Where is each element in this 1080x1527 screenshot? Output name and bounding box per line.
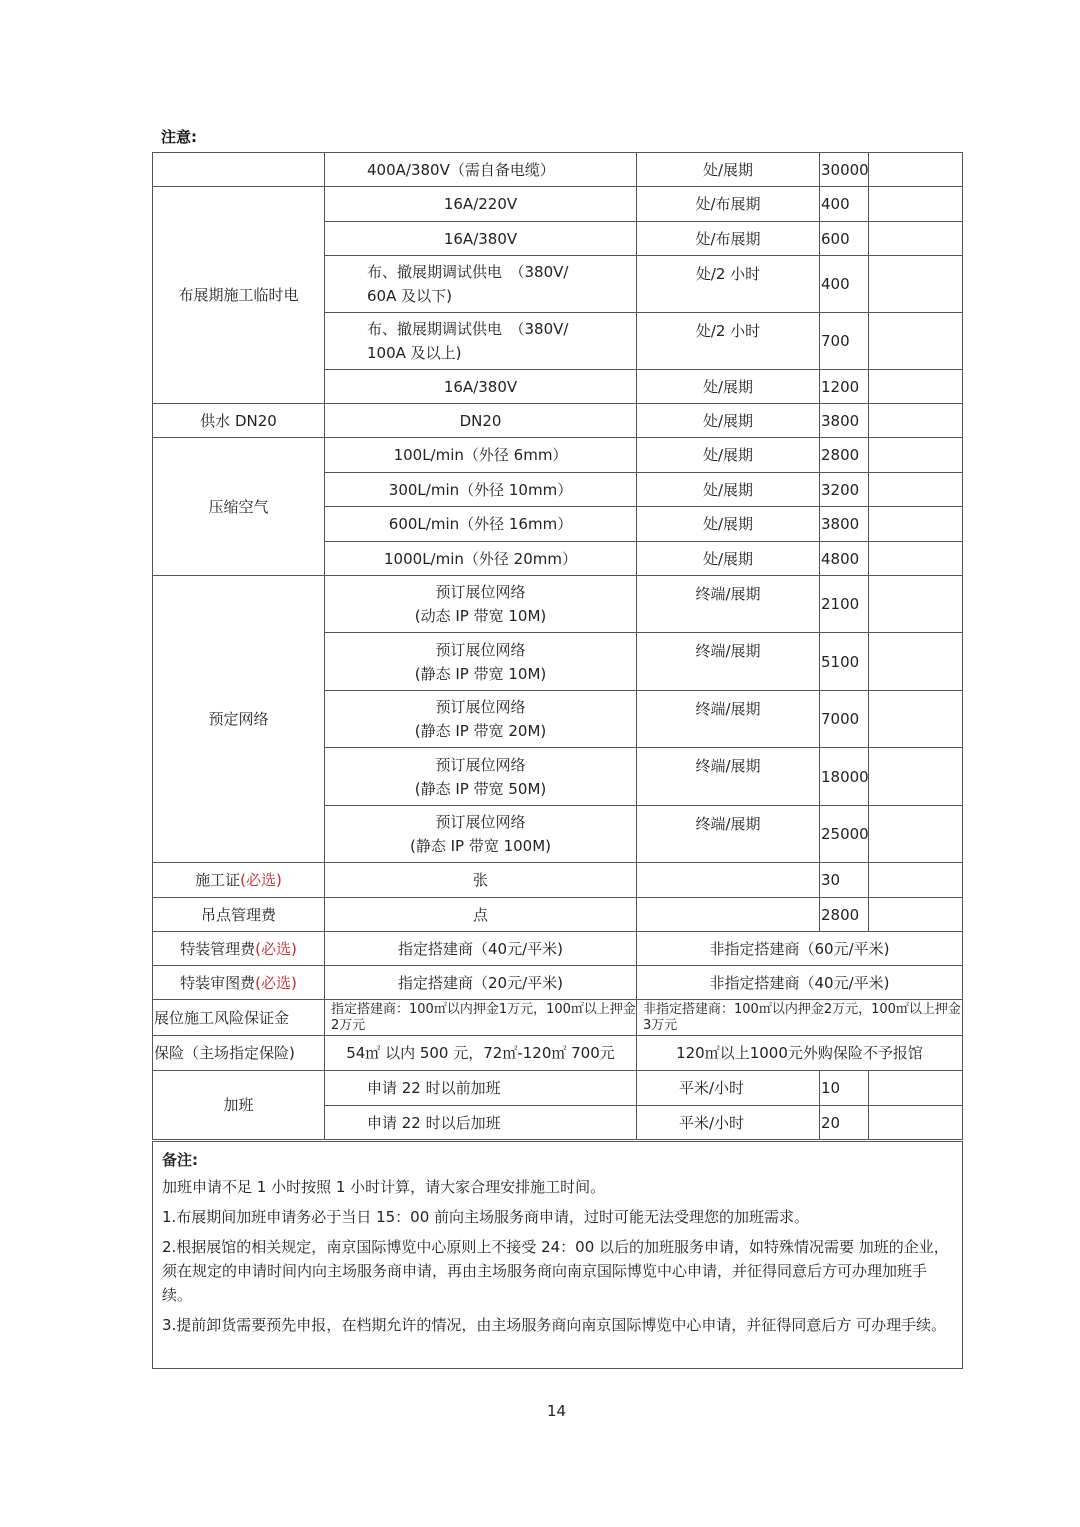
- price-cell: 3800: [820, 404, 869, 438]
- non-designated-cell: 非指定搭建商：100㎡以内押金2万元，100㎡以上押金3万元: [637, 1000, 963, 1036]
- note-line: 3.提前卸货需要预先申报，在档期允许的情况，由主场服务商向南京国际博览中心申请，…: [162, 1313, 953, 1337]
- category-cell: 供水 DN20: [153, 404, 325, 438]
- category-cell: 吊点管理费: [153, 898, 325, 932]
- notes-title: 备注:: [162, 1148, 953, 1172]
- notes-box: 备注: 加班申请不足 1 小时按照 1 小时计算，请大家合理安排施工时间。 1.…: [152, 1141, 963, 1369]
- non-designated-cell: 120㎡以上1000元外购保险不予报馆: [637, 1036, 963, 1071]
- price-cell: 400: [820, 256, 869, 313]
- non-designated-cell: 非指定搭建商（40元/平米): [637, 966, 963, 1000]
- note-cell: [869, 473, 963, 507]
- spec-line: (静态 IP 带宽 10M): [325, 662, 636, 686]
- note-cell: [869, 222, 963, 256]
- spec-line: 布、撤展期调试供电 （380V/: [367, 317, 636, 341]
- unit-cell: [637, 898, 820, 932]
- spec-cell: 布、撤展期调试供电 （380V/ 100A 及以上): [325, 313, 637, 370]
- note-cell: [869, 507, 963, 542]
- note-cell: [869, 576, 963, 633]
- note-cell: [869, 863, 963, 898]
- note-cell: [869, 542, 963, 576]
- category-label: 特装管理费: [180, 940, 255, 958]
- category-cell: 展位施工风险保证金: [153, 1000, 325, 1036]
- price-cell: 3200: [820, 473, 869, 507]
- spec-line: (动态 IP 带宽 10M): [325, 604, 636, 628]
- note-cell: [869, 187, 963, 222]
- category-cell: 施工证(必选): [153, 863, 325, 898]
- table-row: 压缩空气 100L/min（外径 6mm） 处/展期 2800: [153, 438, 963, 473]
- unit-cell: 终端/展期: [637, 633, 820, 691]
- unit-cell: 处/展期: [637, 542, 820, 576]
- category-cell: 压缩空气: [153, 438, 325, 576]
- note-cell: [869, 1106, 963, 1140]
- price-cell: 30000: [820, 153, 869, 187]
- category-label: 特装审图费: [180, 974, 255, 992]
- spec-cell: 400A/380V（需自备电缆）: [325, 153, 637, 187]
- note-line: 加班申请不足 1 小时按照 1 小时计算，请大家合理安排施工时间。: [162, 1175, 953, 1199]
- spec-cell: 申请 22 时以后加班: [325, 1106, 637, 1140]
- category-cell: [153, 153, 325, 187]
- table-row: 布展期施工临时电 16A/220V 处/布展期 400: [153, 187, 963, 222]
- spec-cell: 申请 22 时以前加班: [325, 1071, 637, 1106]
- note-cell: [869, 313, 963, 370]
- spec-line: 预订展位网络: [325, 810, 636, 834]
- spec-line: 预订展位网络: [325, 695, 636, 719]
- spec-line: 100A 及以上): [367, 341, 636, 365]
- non-designated-cell: 非指定搭建商（60元/平米): [637, 932, 963, 966]
- designated-cell: 指定搭建商：100㎡以内押金1万元，100㎡以上押金2万元: [325, 1000, 637, 1036]
- notice-title: 注意:: [161, 126, 197, 147]
- spec-cell: 点: [325, 898, 637, 932]
- price-cell: 2800: [820, 898, 869, 932]
- category-cell: 加班: [153, 1071, 325, 1140]
- spec-line: 预订展位网络: [325, 580, 636, 604]
- unit-cell: 处/展期: [637, 507, 820, 542]
- spec-line: (静态 IP 带宽 20M): [325, 719, 636, 743]
- price-cell: 18000: [820, 748, 869, 806]
- note-cell: [869, 898, 963, 932]
- unit-cell: 处/布展期: [637, 187, 820, 222]
- note-cell: [869, 256, 963, 313]
- unit-cell: 处/展期: [637, 370, 820, 404]
- spec-line: 预订展位网络: [325, 638, 636, 662]
- price-cell: 3800: [820, 507, 869, 542]
- spec-cell: 16A/380V: [325, 370, 637, 404]
- unit-cell: 处/布展期: [637, 222, 820, 256]
- note-cell: [869, 438, 963, 473]
- spec-cell: 张: [325, 863, 637, 898]
- note-line: 1.布展期间加班申请务必于当日 15：00 前向主场服务商申请，过时可能无法受理…: [162, 1205, 953, 1229]
- table-row: 预定网络 预订展位网络 (动态 IP 带宽 10M) 终端/展期 2100: [153, 576, 963, 633]
- spec-cell: 1000L/min（外径 20mm）: [325, 542, 637, 576]
- price-cell: 25000: [820, 806, 869, 863]
- category-cell: 布展期施工临时电: [153, 187, 325, 404]
- category-label: 施工证: [195, 871, 240, 889]
- required-tag: (必选): [255, 974, 297, 992]
- spec-cell: 16A/380V: [325, 222, 637, 256]
- unit-cell: 平米/小时: [637, 1071, 820, 1106]
- note-cell: [869, 806, 963, 863]
- spec-line: 60A 及以下): [367, 284, 636, 308]
- table-row: 施工证(必选) 张 30: [153, 863, 963, 898]
- designated-cell: 指定搭建商（20元/平米): [325, 966, 637, 1000]
- table-row: 加班 申请 22 时以前加班 平米/小时 10: [153, 1071, 963, 1106]
- unit-cell: 终端/展期: [637, 748, 820, 806]
- note-cell: [869, 748, 963, 806]
- price-cell: 7000: [820, 691, 869, 748]
- spec-cell: 预订展位网络 (静态 IP 带宽 20M): [325, 691, 637, 748]
- fee-table: 400A/380V（需自备电缆） 处/展期 30000 布展期施工临时电 16A…: [152, 152, 963, 1140]
- note-line: 2.根据展馆的相关规定，南京国际博览中心原则上不接受 24：00 以后的加班服务…: [162, 1235, 953, 1307]
- table-row: 吊点管理费 点 2800: [153, 898, 963, 932]
- spec-line: (静态 IP 带宽 50M): [325, 777, 636, 801]
- table-row: 特装管理费(必选) 指定搭建商（40元/平米) 非指定搭建商（60元/平米): [153, 932, 963, 966]
- unit-cell: 平米/小时: [637, 1106, 820, 1140]
- category-cell: 预定网络: [153, 576, 325, 863]
- price-cell: 2100: [820, 576, 869, 633]
- spec-cell: 预订展位网络 (静态 IP 带宽 100M): [325, 806, 637, 863]
- document-page: 注意: 400A/380V（需自备电缆） 处/展期 30000 布展期施工临时电…: [0, 0, 1080, 1527]
- designated-cell: 指定搭建商（40元/平米): [325, 932, 637, 966]
- unit-cell: 终端/展期: [637, 576, 820, 633]
- table-row: 400A/380V（需自备电缆） 处/展期 30000: [153, 153, 963, 187]
- price-cell: 700: [820, 313, 869, 370]
- note-cell: [869, 1071, 963, 1106]
- note-cell: [869, 153, 963, 187]
- price-cell: 1200: [820, 370, 869, 404]
- spec-line: 布、撤展期调试供电 （380V/: [367, 260, 636, 284]
- table-row: 保险（主场指定保险) 54㎡ 以内 500 元，72㎡-120㎡ 700元 12…: [153, 1036, 963, 1071]
- price-cell: 5100: [820, 633, 869, 691]
- spec-line: 预订展位网络: [325, 753, 636, 777]
- spec-cell: 预订展位网络 (静态 IP 带宽 10M): [325, 633, 637, 691]
- unit-cell: [637, 863, 820, 898]
- table-row: 供水 DN20 DN20 处/展期 3800: [153, 404, 963, 438]
- page-number: 14: [0, 1402, 1080, 1420]
- spec-cell: 16A/220V: [325, 187, 637, 222]
- note-cell: [869, 633, 963, 691]
- unit-cell: 处/展期: [637, 473, 820, 507]
- table-row: 展位施工风险保证金 指定搭建商：100㎡以内押金1万元，100㎡以上押金2万元 …: [153, 1000, 963, 1036]
- unit-cell: 终端/展期: [637, 691, 820, 748]
- category-cell: 特装管理费(必选): [153, 932, 325, 966]
- price-cell: 20: [820, 1106, 869, 1140]
- spec-line: (静态 IP 带宽 100M): [325, 834, 636, 858]
- unit-cell: 终端/展期: [637, 806, 820, 863]
- price-cell: 2800: [820, 438, 869, 473]
- table-row: 特装审图费(必选) 指定搭建商（20元/平米) 非指定搭建商（40元/平米): [153, 966, 963, 1000]
- price-cell: 30: [820, 863, 869, 898]
- unit-cell: 处/2 小时: [637, 313, 820, 370]
- designated-cell: 54㎡ 以内 500 元，72㎡-120㎡ 700元: [325, 1036, 637, 1071]
- price-cell: 4800: [820, 542, 869, 576]
- unit-cell: 处/展期: [637, 438, 820, 473]
- spec-cell: 预订展位网络 (静态 IP 带宽 50M): [325, 748, 637, 806]
- price-cell: 600: [820, 222, 869, 256]
- spec-cell: DN20: [325, 404, 637, 438]
- note-cell: [869, 691, 963, 748]
- required-tag: (必选): [240, 871, 282, 889]
- category-cell: 保险（主场指定保险): [153, 1036, 325, 1071]
- category-cell: 特装审图费(必选): [153, 966, 325, 1000]
- unit-cell: 处/展期: [637, 153, 820, 187]
- spec-cell: 100L/min（外径 6mm）: [325, 438, 637, 473]
- note-cell: [869, 370, 963, 404]
- price-cell: 400: [820, 187, 869, 222]
- unit-cell: 处/展期: [637, 404, 820, 438]
- spec-cell: 布、撤展期调试供电 （380V/ 60A 及以下): [325, 256, 637, 313]
- unit-cell: 处/2 小时: [637, 256, 820, 313]
- spec-cell: 预订展位网络 (动态 IP 带宽 10M): [325, 576, 637, 633]
- spec-cell: 600L/min（外径 16mm）: [325, 507, 637, 542]
- price-cell: 10: [820, 1071, 869, 1106]
- spec-cell: 300L/min（外径 10mm）: [325, 473, 637, 507]
- note-cell: [869, 404, 963, 438]
- required-tag: (必选): [255, 940, 297, 958]
